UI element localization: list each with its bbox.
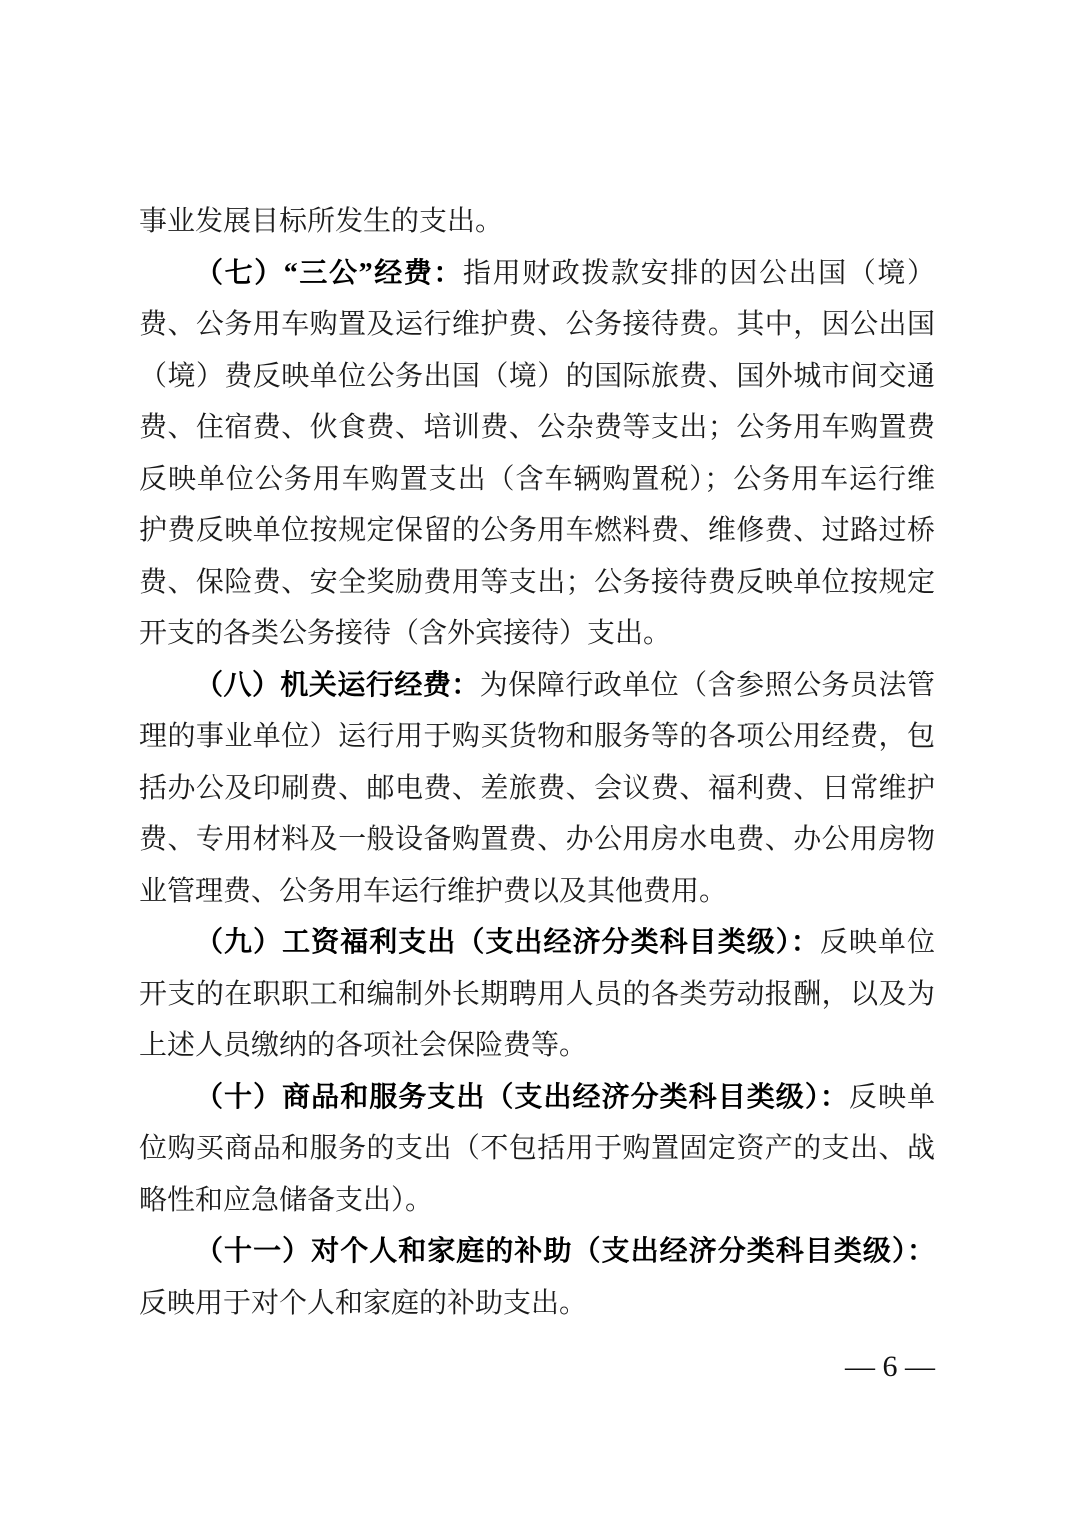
paragraph-body-text: 上述人员缴纳的各项社会保险费等。 <box>139 1030 587 1061</box>
text-line: 反映单位公务用车购置支出（含车辆购置税）；公务用车运行维 <box>139 454 935 506</box>
text-line: 反映用于对个人和家庭的补助支出。 <box>139 1278 935 1330</box>
paragraph-body-text: 反映用于对个人和家庭的补助支出。 <box>139 1288 587 1319</box>
text-line: 费、保险费、安全奖励费用等支出；公务接待费反映单位按规定 <box>139 557 935 609</box>
paragraph-body-text: 反映单 <box>849 1082 935 1113</box>
text-line: 费、公务用车购置及运行维护费、公务接待费。其中，因公出国 <box>139 299 935 351</box>
text-line: 略性和应急储备支出）。 <box>139 1175 935 1227</box>
paragraph-body-text: 护费反映单位按规定保留的公务用车燃料费、维修费、过路过桥 <box>139 515 935 546</box>
paragraph-body-text: 反映单位 <box>820 927 935 958</box>
text-line: 开支的在职职工和编制外长期聘用人员的各类劳动报酬，以及为 <box>139 969 935 1021</box>
paragraph-body-text: （境）费反映单位公务出国（境）的国际旅费、国外城市间交通 <box>139 361 935 392</box>
paragraph-body-text: 开支的在职职工和编制外长期聘用人员的各类劳动报酬，以及为 <box>139 979 935 1010</box>
document-page: 事业发展目标所发生的支出。（七）“三公”经费：指用财政拨款安排的因公出国（境）费… <box>0 0 1074 1520</box>
paragraph-body-text: 反映单位公务用车购置支出（含车辆购置税）；公务用车运行维 <box>139 464 935 495</box>
text-line: （十）商品和服务支出（支出经济分类科目类级）：反映单 <box>139 1072 935 1124</box>
text-line: 理的事业单位）运行用于购买货物和服务等的各项公用经费，包 <box>139 711 935 763</box>
text-line: 上述人员缴纳的各项社会保险费等。 <box>139 1020 935 1072</box>
document-body: 事业发展目标所发生的支出。（七）“三公”经费：指用财政拨款安排的因公出国（境）费… <box>139 196 935 1329</box>
paragraph-body-text: 括办公及印刷费、邮电费、差旅费、会议费、福利费、日常维护 <box>139 773 935 804</box>
paragraph-heading-text: （九）工资福利支出（支出经济分类科目类级）： <box>195 927 820 958</box>
text-line: （八）机关运行经费：为保障行政单位（含参照公务员法管 <box>139 660 935 712</box>
paragraph-body-text: 理的事业单位）运行用于购买货物和服务等的各项公用经费，包 <box>139 721 935 752</box>
paragraph-heading-text: （八）机关运行经费： <box>195 670 480 701</box>
text-line: 护费反映单位按规定保留的公务用车燃料费、维修费、过路过桥 <box>139 505 935 557</box>
paragraph-body-text: 费、保险费、安全奖励费用等支出；公务接待费反映单位按规定 <box>139 567 935 598</box>
text-line: 位购买商品和服务的支出（不包括用于购置固定资产的支出、战 <box>139 1123 935 1175</box>
text-line: （七）“三公”经费：指用财政拨款安排的因公出国（境） <box>139 248 935 300</box>
text-line: 事业发展目标所发生的支出。 <box>139 196 935 248</box>
text-line: （九）工资福利支出（支出经济分类科目类级）：反映单位 <box>139 917 935 969</box>
paragraph-heading-text: （十）商品和服务支出（支出经济分类科目类级）： <box>195 1082 849 1113</box>
paragraph-body-text: 事业发展目标所发生的支出。 <box>139 206 503 237</box>
paragraph-body-text: 费、公务用车购置及运行维护费、公务接待费。其中，因公出国 <box>139 309 935 340</box>
paragraph-body-text: 开支的各类公务接待（含外宾接待）支出。 <box>139 618 671 649</box>
paragraph-body-text: 略性和应急储备支出）。 <box>139 1185 433 1216</box>
paragraph-heading-text: （十一）对个人和家庭的补助（支出经济分类科目类级）： <box>195 1236 935 1267</box>
text-line: （十一）对个人和家庭的补助（支出经济分类科目类级）： <box>139 1226 935 1278</box>
text-line: 费、住宿费、伙食费、培训费、公杂费等支出；公务用车购置费 <box>139 402 935 454</box>
page-number: — 6 — <box>845 1350 935 1383</box>
page-footer: — 6 — <box>139 1346 935 1388</box>
text-line: 开支的各类公务接待（含外宾接待）支出。 <box>139 608 935 660</box>
paragraph-body-text: 费、专用材料及一般设备购置费、办公用房水电费、办公用房物 <box>139 824 935 855</box>
paragraph-heading-text: （七）“三公”经费： <box>195 258 463 289</box>
text-line: 括办公及印刷费、邮电费、差旅费、会议费、福利费、日常维护 <box>139 763 935 815</box>
paragraph-body-text: 为保障行政单位（含参照公务员法管 <box>480 670 935 701</box>
paragraph-body-text: 位购买商品和服务的支出（不包括用于购置固定资产的支出、战 <box>139 1133 935 1164</box>
text-line: 业管理费、公务用车运行维护费以及其他费用。 <box>139 866 935 918</box>
paragraph-body-text: 业管理费、公务用车运行维护费以及其他费用。 <box>139 876 727 907</box>
paragraph-body-text: 指用财政拨款安排的因公出国（境） <box>463 258 935 289</box>
text-line: （境）费反映单位公务出国（境）的国际旅费、国外城市间交通 <box>139 351 935 403</box>
text-line: 费、专用材料及一般设备购置费、办公用房水电费、办公用房物 <box>139 814 935 866</box>
paragraph-body-text: 费、住宿费、伙食费、培训费、公杂费等支出；公务用车购置费 <box>139 412 935 443</box>
